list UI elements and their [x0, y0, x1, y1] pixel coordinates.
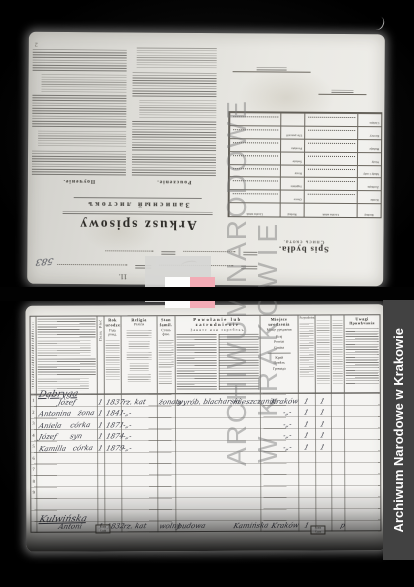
- handwritten-entry: Józef: [57, 399, 76, 406]
- census-table: Płeć Полъ Rok urodzenia Годъ рожд. Relig…: [30, 314, 382, 533]
- handwritten-entry: 1: [97, 433, 103, 440]
- page-title-cyrillic: Записный листокъ: [52, 200, 224, 210]
- handwritten-entry: -„-: [282, 432, 292, 439]
- handwritten-entry: Kraków: [270, 398, 299, 406]
- handwritten-entry: -„-: [122, 422, 132, 429]
- livestock-row-label: Prosięta: [280, 139, 304, 152]
- handwritten-entry: 1: [319, 444, 325, 451]
- handwritten-entry: rz. kat: [122, 399, 147, 407]
- instructions-column-1: Pouczenie.: [132, 46, 217, 185]
- livestock-row-label: Muły i osły: [357, 165, 381, 178]
- handwritten-entry: 1: [97, 410, 103, 417]
- handwritten-entry: -„-: [122, 410, 132, 417]
- livestock-dotted-field: [229, 125, 280, 138]
- handwriting-layer: DąbrygaJózef11837rz. katżonatywyrób. bla…: [31, 315, 381, 532]
- suma-box-right: SumaСума: [310, 525, 325, 534]
- instructions-column-2: Поученіе.: [32, 46, 127, 185]
- livestock-dotted-field: [304, 190, 357, 203]
- handwritten-entry: 1: [319, 398, 325, 405]
- archival-scan-viewer: 583 11. Arkusz spisowy Записный листокъ …: [0, 0, 414, 587]
- handwritten-entry: p: [339, 522, 345, 529]
- handwritten-entry: Kamińska: [232, 522, 269, 530]
- document-top-sheet: 583 11. Arkusz spisowy Записный листокъ …: [27, 32, 385, 286]
- scan-photo-top: 583 11. Arkusz spisowy Записный листокъ …: [0, 0, 414, 288]
- handwritten-entry: 1: [97, 422, 103, 429]
- signature-line-long: [233, 67, 311, 80]
- handwritten-entry: -„-: [122, 433, 132, 440]
- handwritten-entry: 1: [303, 410, 309, 417]
- livestock-dotted-field: [229, 164, 280, 177]
- handwritten-entry: rz. kat: [122, 523, 147, 531]
- livestock-row-label: [280, 113, 304, 126]
- livestock-col-header: Rodzaj: [357, 203, 381, 217]
- form-blank-line: [57, 264, 127, 272]
- handwritten-entry: 1: [319, 409, 325, 416]
- livestock-dotted-field: [304, 126, 357, 139]
- handwritten-entry: 1: [303, 432, 309, 439]
- archive-name-label: Archiwum Narodowe w Krakowie: [391, 328, 406, 532]
- livestock-col-header: Liczba sztuk: [229, 202, 280, 216]
- handwritten-entry: -„-: [282, 410, 292, 417]
- livestock-table-body: KonieOwceŹrebiętaJagniętaMuły i osłyKozy…: [229, 113, 382, 204]
- livestock-row-label: Woły: [357, 152, 381, 165]
- handwritten-entry: 1: [303, 421, 309, 428]
- handwritten-entry: Antoni: [57, 523, 82, 531]
- suma-box-left: SumaСума: [95, 524, 110, 533]
- handwritten-entry: -„-: [282, 445, 292, 452]
- archive-name-band: Archiwum Narodowe w Krakowie: [383, 300, 414, 560]
- handwritten-entry: 1: [303, 398, 309, 405]
- scan-photo-bottom: Płeć Полъ Rok urodzenia Годъ рожд. Relig…: [0, 301, 414, 563]
- handwritten-entry: 1: [303, 445, 309, 452]
- livestock-row-label: Cielęta: [357, 113, 381, 126]
- livestock-title-block: Spis bydła. Спись скота.: [237, 238, 369, 255]
- upside-down-page-content: 583 11. Arkusz spisowy Записный листокъ …: [27, 32, 385, 286]
- livestock-dotted-field: [304, 151, 357, 164]
- form-label-print: [161, 251, 175, 255]
- livestock-title: Spis bydła.: [237, 244, 369, 255]
- form-line-row: [29, 264, 257, 274]
- sheet-number: 11.: [119, 272, 128, 280]
- handwritten-entry: budowa: [176, 522, 206, 530]
- handwritten-entry: 1: [96, 399, 102, 406]
- livestock-dotted-field: [304, 113, 357, 126]
- livestock-row-label: Buhaje: [357, 139, 381, 152]
- livestock-col-header: Rodzaj: [280, 203, 304, 217]
- handwritten-entry: 1: [319, 432, 325, 439]
- page-corner-number: 2: [35, 41, 38, 47]
- subtitle-print: [74, 196, 202, 199]
- livestock-row-label: Krowy: [357, 126, 381, 139]
- livestock-col-header: Liczba sztuk: [304, 203, 357, 217]
- subtitle-print: [63, 211, 213, 215]
- handwritten-archival-number: 583: [35, 255, 54, 266]
- livestock-dotted-field: [229, 138, 280, 151]
- livestock-row-label: Źrebięta: [357, 177, 381, 190]
- livestock-table-header: RodzajLiczba sztukRodzajLiczba sztuk: [229, 202, 381, 217]
- photo-divider-band: [0, 287, 414, 301]
- livestock-dotted-field: [304, 164, 357, 177]
- title-block: Arkusz spisowy Записный листокъ: [51, 196, 223, 233]
- livestock-title-cyrillic: Спись скота.: [237, 238, 369, 245]
- livestock-row-label: Owce: [280, 190, 304, 203]
- livestock-row-label: Ule pszczół: [280, 126, 304, 139]
- signature-line-short: [318, 90, 366, 102]
- handwritten-entry: Józef syn: [38, 433, 83, 441]
- livestock-row-label: Konie: [357, 190, 381, 203]
- livestock-dotted-field: [229, 177, 280, 190]
- livestock-dotted-field: [304, 139, 357, 152]
- instructions-heading-polish: Pouczenie.: [132, 178, 216, 185]
- handwritten-entry: -„-: [282, 421, 292, 428]
- handwritten-entry: Kamilla córka: [38, 445, 94, 453]
- livestock-row-label: Świnie: [280, 151, 304, 164]
- handwritten-entry: 1: [319, 421, 325, 428]
- form-label-print: [241, 265, 257, 269]
- handwritten-entry: 1: [303, 522, 309, 529]
- page-title: Arkusz spisowy: [51, 216, 223, 233]
- livestock-table: RodzajLiczba sztukRodzajLiczba sztuk Kon…: [228, 111, 383, 218]
- livestock-dotted-field: [304, 177, 357, 190]
- livestock-row-label: Jagnięta: [280, 177, 304, 190]
- livestock-dotted-field: [229, 113, 280, 126]
- handwritten-entry: 1: [97, 445, 103, 452]
- handwritten-entry: Antonina żona: [38, 410, 95, 418]
- instructions-heading-cyrillic: Поученіе.: [32, 178, 126, 185]
- livestock-row-label: Kozy: [280, 164, 304, 177]
- handwritten-entry: Kraków: [270, 522, 299, 530]
- handwritten-entry: Aniela córka: [38, 422, 91, 430]
- document-bottom-sheet: Płeć Полъ Rok urodzenia Годъ рожд. Relig…: [25, 304, 386, 552]
- livestock-dotted-field: [229, 189, 280, 202]
- handwritten-entry: -„-: [122, 445, 132, 452]
- livestock-dotted-field: [229, 151, 280, 164]
